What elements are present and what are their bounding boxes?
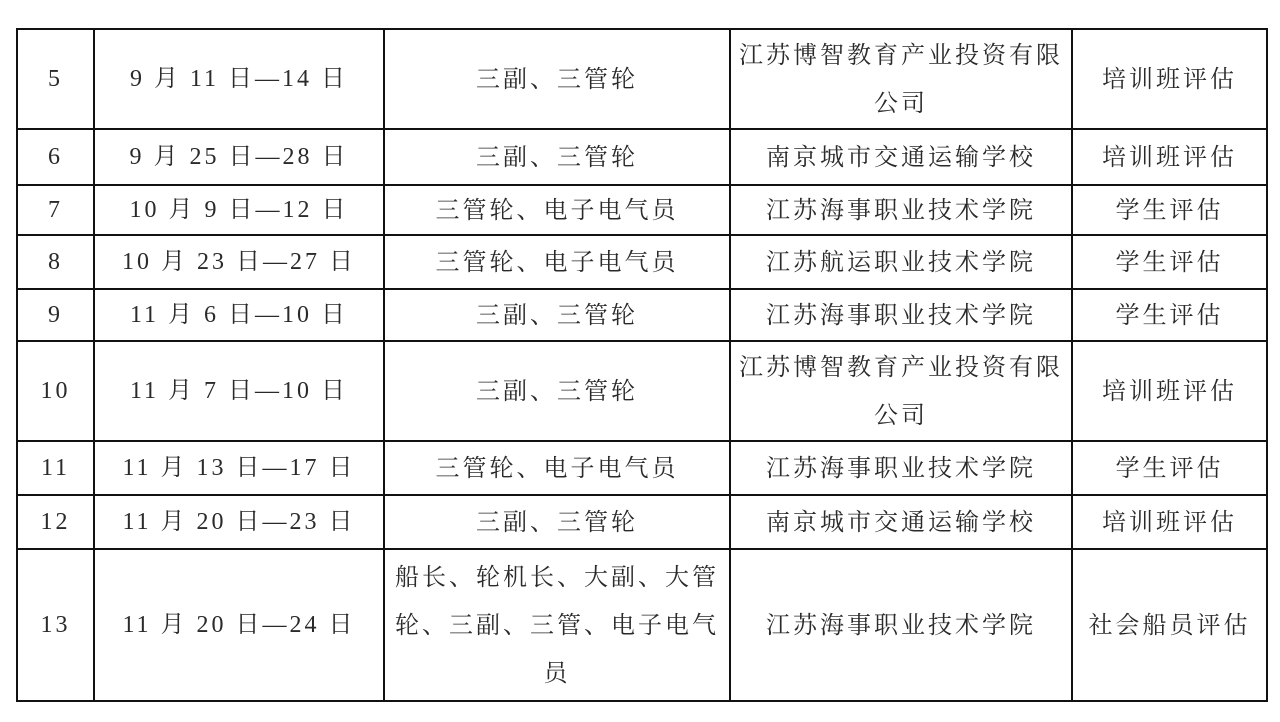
assessment-schedule-table: 5 9 月 11 日—14 日 三副、三管轮 江苏博智教育产业投资有限公司 培训… bbox=[16, 28, 1268, 702]
institution: 江苏海事职业技术学院 bbox=[730, 549, 1072, 701]
assessment-type: 学生评估 bbox=[1072, 235, 1267, 289]
row-number: 12 bbox=[17, 495, 94, 549]
positions: 三副、三管轮 bbox=[384, 129, 730, 185]
table-row: 6 9 月 25 日—28 日 三副、三管轮 南京城市交通运输学校 培训班评估 bbox=[17, 129, 1267, 185]
date-range: 10 月 23 日—27 日 bbox=[94, 235, 384, 289]
institution: 江苏海事职业技术学院 bbox=[730, 185, 1072, 235]
positions: 船长、轮机长、大副、大管轮、三副、三管、电子电气员 bbox=[384, 549, 730, 701]
table-row: 9 11 月 6 日—10 日 三副、三管轮 江苏海事职业技术学院 学生评估 bbox=[17, 289, 1267, 341]
row-number: 7 bbox=[17, 185, 94, 235]
institution: 江苏海事职业技术学院 bbox=[730, 441, 1072, 495]
institution: 江苏博智教育产业投资有限公司 bbox=[730, 341, 1072, 441]
positions: 三副、三管轮 bbox=[384, 495, 730, 549]
date-range: 11 月 7 日—10 日 bbox=[94, 341, 384, 441]
date-range: 11 月 6 日—10 日 bbox=[94, 289, 384, 341]
institution: 南京城市交通运输学校 bbox=[730, 129, 1072, 185]
date-range: 11 月 13 日—17 日 bbox=[94, 441, 384, 495]
date-range: 11 月 20 日—24 日 bbox=[94, 549, 384, 701]
date-range: 10 月 9 日—12 日 bbox=[94, 185, 384, 235]
positions: 三管轮、电子电气员 bbox=[384, 185, 730, 235]
table-row: 7 10 月 9 日—12 日 三管轮、电子电气员 江苏海事职业技术学院 学生评… bbox=[17, 185, 1267, 235]
assessment-type: 学生评估 bbox=[1072, 441, 1267, 495]
positions: 三管轮、电子电气员 bbox=[384, 441, 730, 495]
table-row: 10 11 月 7 日—10 日 三副、三管轮 江苏博智教育产业投资有限公司 培… bbox=[17, 341, 1267, 441]
assessment-type: 培训班评估 bbox=[1072, 495, 1267, 549]
row-number: 9 bbox=[17, 289, 94, 341]
assessment-type: 学生评估 bbox=[1072, 289, 1267, 341]
date-range: 9 月 11 日—14 日 bbox=[94, 29, 384, 129]
date-range: 11 月 20 日—23 日 bbox=[94, 495, 384, 549]
institution: 南京城市交通运输学校 bbox=[730, 495, 1072, 549]
table-row: 8 10 月 23 日—27 日 三管轮、电子电气员 江苏航运职业技术学院 学生… bbox=[17, 235, 1267, 289]
positions: 三副、三管轮 bbox=[384, 29, 730, 129]
row-number: 5 bbox=[17, 29, 94, 129]
positions: 三副、三管轮 bbox=[384, 289, 730, 341]
table-row: 12 11 月 20 日—23 日 三副、三管轮 南京城市交通运输学校 培训班评… bbox=[17, 495, 1267, 549]
row-number: 10 bbox=[17, 341, 94, 441]
table-row: 5 9 月 11 日—14 日 三副、三管轮 江苏博智教育产业投资有限公司 培训… bbox=[17, 29, 1267, 129]
table-row: 13 11 月 20 日—24 日 船长、轮机长、大副、大管轮、三副、三管、电子… bbox=[17, 549, 1267, 701]
row-number: 11 bbox=[17, 441, 94, 495]
row-number: 13 bbox=[17, 549, 94, 701]
institution: 江苏博智教育产业投资有限公司 bbox=[730, 29, 1072, 129]
positions: 三管轮、电子电气员 bbox=[384, 235, 730, 289]
table-row: 11 11 月 13 日—17 日 三管轮、电子电气员 江苏海事职业技术学院 学… bbox=[17, 441, 1267, 495]
row-number: 6 bbox=[17, 129, 94, 185]
assessment-type: 培训班评估 bbox=[1072, 341, 1267, 441]
assessment-type: 培训班评估 bbox=[1072, 129, 1267, 185]
row-number: 8 bbox=[17, 235, 94, 289]
positions: 三副、三管轮 bbox=[384, 341, 730, 441]
date-range: 9 月 25 日—28 日 bbox=[94, 129, 384, 185]
institution: 江苏航运职业技术学院 bbox=[730, 235, 1072, 289]
institution: 江苏海事职业技术学院 bbox=[730, 289, 1072, 341]
assessment-type: 培训班评估 bbox=[1072, 29, 1267, 129]
assessment-type: 学生评估 bbox=[1072, 185, 1267, 235]
assessment-type: 社会船员评估 bbox=[1072, 549, 1267, 701]
